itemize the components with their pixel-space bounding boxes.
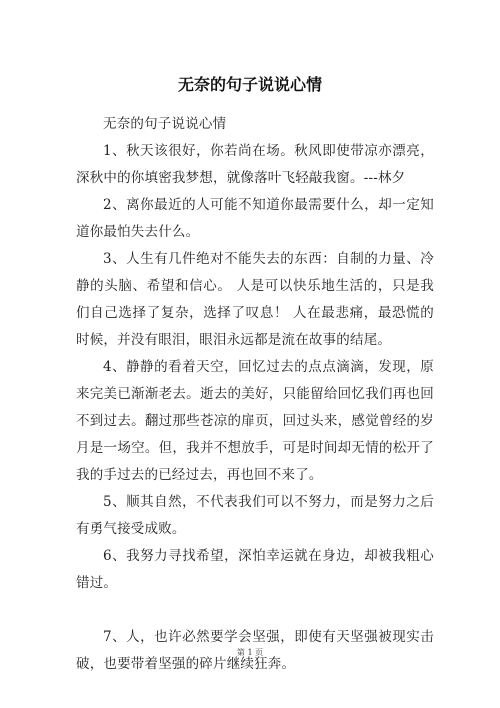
document-body: 无奈的句子说说心情 1、秋天该很好，你若尚在场。秋风即使带凉亦漂亮，深秋中的你填…	[76, 111, 434, 678]
paragraph-1: 1、秋天该很好，你若尚在场。秋风即使带凉亦漂亮，深秋中的你填密我梦想，就像落叶飞…	[76, 138, 434, 192]
paragraph-spacer	[76, 597, 434, 624]
document-title: 无奈的句子说说心情	[0, 74, 500, 96]
page-number: 第 1 页	[0, 647, 500, 659]
subtitle: 无奈的句子说说心情	[76, 111, 434, 138]
paragraph-5: 5、顺其自然，不代表我们可以不努力，而是努力之后有勇气接受成败。	[76, 489, 434, 543]
paragraph-6: 6、我努力寻找希望，深怕幸运就在身边，却被我粗心错过。	[76, 543, 434, 597]
document-page: 无奈的句子说说心情 无奈的句子说说心情 1、秋天该很好，你若尚在场。秋风即使带凉…	[0, 0, 500, 708]
paragraph-4: 4、静静的看着天空，回忆过去的点点滴滴，发现，原来完美已渐渐老去。逝去的美好，只…	[76, 354, 434, 489]
paragraph-2: 2、离你最近的人可能不知道你最需要什么，却一定知道你最怕失去什么。	[76, 192, 434, 246]
paragraph-3: 3、人生有几件绝对不能失去的东西：自制的力量、冷静的头脑、希望和信心。 人是可以…	[76, 246, 434, 354]
